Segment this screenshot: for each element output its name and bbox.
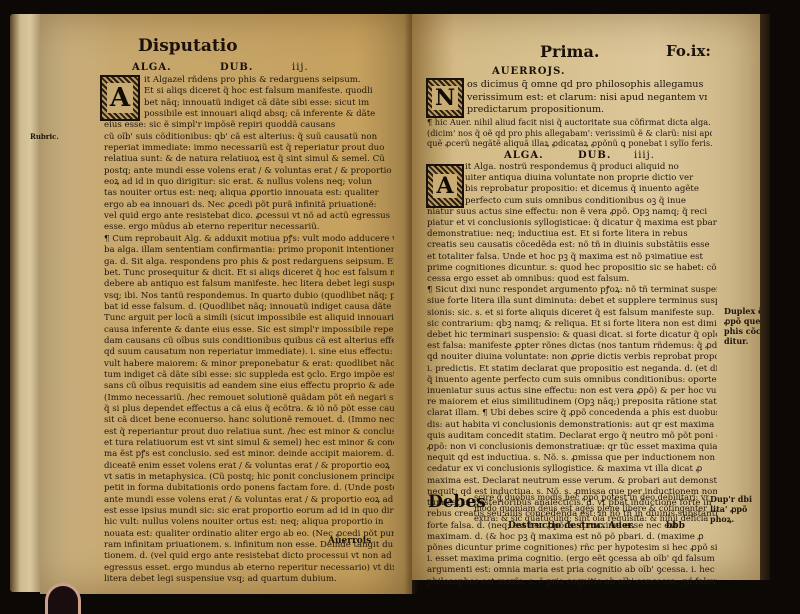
text-line: qd nouiter diuina voluntate: non ꝓprie d… [427,352,717,363]
right-running-head: Prima. [540,42,599,61]
text-line: ¶ hic Auer. nihil aliud facit nisi q̃ au… [427,117,712,128]
commentary-text: ¶ hic Auer. nihil aliud facit nisi q̃ au… [427,117,712,149]
text-line: philosophos est maxĩa. s. ẽ pria cogniti… [427,577,717,588]
text-line: diceatẽ enim esset volens erat / & volun… [104,461,394,472]
text-line: quẽ ꝓcerũ negãtẽ aliquã illaꝝ ꝓdicataꝝ ꝓ… [427,138,712,149]
text-line: cedatur ex vi conclusionis syllogistice.… [427,464,717,475]
text-line: ante mundi esse volens erat / & voluntas… [104,495,394,506]
text-line: põnes dicuntur prime cognitiones) rñc pe… [427,543,717,554]
text-line: esse. ergo mũdus ab eterno reperitur nec… [104,222,394,233]
margin-note-line: lita' ꝓpõ [710,504,752,514]
text-line: eius esse: sic ẽ simpl'r impõsẽ repiri q… [104,120,394,131]
folio-number: Fo.ix: [666,42,711,60]
text-line: demonstratiue: neq; inductiua est. Et si… [427,229,717,240]
text-line: (dicim' nos q̃ oẽ qd pro phis allegabam'… [427,128,712,139]
text-line: modo quoniam deus est agẽs plene libere … [474,503,709,514]
text-line: hic vult: nullus volens nouiter ortus es… [104,517,394,528]
text-line: ꝓpõ: non vi conclusionis demonstratiuæ: … [427,442,717,453]
text-line: siue forte litera illa sunt diminuta: de… [427,296,717,307]
text-line: predictarum propositionum. [467,104,707,117]
bottom-running-title: Destructio destruc. Auer. [508,521,635,531]
left-subhead-dub: DUB. [220,62,253,73]
auerrois-text: os dicimus q̃ omne qd pro philosophis al… [467,79,707,117]
text-line: (Immo necessariũ. /hec remouet solutionẽ… [104,393,394,404]
text-line: dis: aut habita vi conclusionis demonstr… [427,420,717,431]
text-line: qd suum causatum non reperiatur immediat… [104,347,394,358]
text-line: cessa ergo esset ab omnibus: quod est fa… [427,274,717,285]
text-line: tionem. d. (vel quid ergo ante resisteba… [104,551,394,562]
text-line: os dicimus q̃ omne qd pro philosophis al… [467,79,707,92]
text-line: litera debet legi suspensiue vsq; ad qua… [104,574,394,585]
text-line: re maiorem et eius similitudinem (Opꝫ nã… [427,397,717,408]
text-line: debere ab antiquo est falsum manifeste. … [104,279,394,290]
text-line: Tunc arguit per locũ a simili (sicut imp… [104,313,394,324]
text-line: vel quid ergo ante resistebat dico. ꝓces… [104,211,394,222]
text-line: perfecto cum suis omnibus conditionibus … [427,196,717,207]
text-line: est q̃ reperiantur prout duo relatiua su… [104,427,394,438]
signature-mark: bbb [666,521,685,531]
right-page: Prima. Fo.ix: AUERROJS. N os dicimus q̃ … [412,14,760,580]
text-line: Et si aliqs diceret q̃ hoc est falsum ma… [104,86,394,97]
left-subhead-author: ALGA. [132,62,172,73]
text-line: egressus esset. ergo mundus ab eterno re… [104,563,394,574]
text-line: argumenti est: omnia maria est pria cogn… [427,565,717,576]
book-fore-edge [10,14,44,592]
book-cover-edge [760,14,770,580]
left-margin-note: Rubric. [30,132,59,142]
text-line: creatis seu causatis cõcedẽda est: nõ tñ… [427,240,717,251]
text-line: bis reprobatur propositio: et dicemus q̃… [427,184,717,195]
text-line: q̃ inuento agente perfecto cum suis omni… [427,375,717,386]
finger-holding-page [48,586,78,614]
author-head: AUERROJS. [492,66,566,77]
text-line: postq; ante mundi esse volens erat / & v… [104,166,394,177]
text-line: scire q̃ duobus modis hec ꝓpõ potest in … [474,492,709,503]
text-line: q̃ si plus dependet effectus a cã eius q… [104,404,394,415]
text-line: vsq; ibi. Nos tantũ respondemus. In quar… [104,291,394,302]
text-line: et tura relatiuorum est vt sint simul & … [104,438,394,449]
text-line: sit cã dicet bene econuerso. hanc soluti… [104,415,394,426]
text-line: sic contrarium: qbꝫ namq; & reliqua. Et … [427,319,717,330]
text-line: sans cũ oĩbus requisitis ad eandem sine … [104,381,394,392]
text-line: inueniatur suus actus sine effectu: non … [427,386,717,397]
text-line: cũ oĩb' suis cõditionibus: qb' cã est al… [104,132,394,143]
text-line: bet. Tunc prosequitur & dicit. Et si ali… [104,268,394,279]
right-subhead-dub: DUB. [578,150,611,161]
text-line: bet nãq; innouatũ indiget cã dãte sibi e… [104,98,394,109]
text-line: ¶ Cum reprobauit Alg. & adduxit motiua p… [104,234,394,245]
text-line: tum indiget cã dãte sibi esse: sic suppl… [104,370,394,381]
text-line: causa inferente & dante eius esse. Sic e… [104,325,394,336]
text-line: maxima est. Declarat neutrum esse verum.… [427,476,717,487]
margin-note-dupr: Dup'r dbilita' ꝓpõphoꝝ. [710,494,752,524]
catchword: Auerrois [328,536,371,546]
text-line: ¶ Sicut dixi nunc respondet argumento pꝭ… [427,285,717,296]
text-line: petit in forma dubitationis ordo ponens … [104,483,394,494]
left-subhead-number: iij. [292,62,309,73]
text-line: vult habere maiorem: & minor preponebatu… [104,359,394,370]
text-line: et totaliter falsa. Unde et hoc pꝫ q̃ ma… [427,252,717,263]
text-line: ba alga. illam sententiam confirmantia: … [104,245,394,256]
right-subhead-author: ALGA. [504,150,544,161]
text-line: clarat illam. ¶ Ubi debes scire q̃ ꝓpõ c… [427,408,717,419]
text-line: debet hic terminari suspensio: & quasi d… [427,330,717,341]
text-line: reperiat immediate: immo necessariũ est … [104,143,394,154]
text-line: dam causans cũ oĩbus suis conditionibus … [104,336,394,347]
text-line: tas nouiter ortus est: neq; aliqua ꝓport… [104,188,394,199]
debes-text: scire q̃ duobus modis hec ꝓpõ potest in … [474,492,709,524]
margin-note-line: Dup'r dbi [710,494,752,504]
text-line: ergo ab ea innouari ds. Nec ꝓcedi põt pu… [104,200,394,211]
text-line: relatiua sunt: & de natura relatiuoꝝ est… [104,154,394,165]
text-line: eoꝝ ad id in quo dirigitur: sic erat. & … [104,177,394,188]
text-line: est esse ipsius mundi sic: sic erat prop… [104,506,394,517]
decorated-initial-n: N [426,78,464,118]
left-page-text: it Algazel rñdens pro phis & redarguens … [104,75,394,585]
text-line: bat id esse falsum. d. (Quodlibet nãq; i… [104,302,394,313]
text-line: piatur et vi conclusionis syllogisticae:… [427,218,717,229]
text-line: vt satis in metaphysica. (Cũ postq; hic … [104,472,394,483]
text-line: possibile est innouari aliqd absq; cã in… [104,109,394,120]
text-line: quis auditam concedit statim. Declarat e… [427,431,717,442]
text-line: i. predictis. Et statim declarat que pro… [427,364,717,375]
text-line: sionis: sic. s. et si forte aliquis dice… [427,308,717,319]
right-subhead-number: iiij. [634,150,655,161]
margin-note-line: phoꝝ. [710,514,752,524]
text-line: it Alga. nostrũ respondemus q̃ produci a… [427,162,717,173]
text-line: prime cognitiones dicuntur. s: quod hec … [427,263,717,274]
text-line: i. esset maxima prima cognitio. (ergo eẽ… [427,554,717,565]
text-line: maximam. d. (& hoc pꝫ q̃ maxima est nõ p… [427,532,717,543]
text-line: ga. d. Sit alga. respondens pro phis & p… [104,257,394,268]
text-line: ma ẽst pꝭs est conclusio. sed est minor.… [104,449,394,460]
text-line: nequit qd est inductiua. s. Nõ. s. ꝓmiss… [427,453,717,464]
left-running-head: Disputatio [138,36,238,56]
text-line: verissimum est: et clarum: nisi apud neg… [467,92,707,105]
text-line: uiter antiqua diuina voluntate non propr… [427,173,717,184]
text-line: est falsa: manifeste ꝓpter rõnes dictas … [427,341,717,352]
text-line: it Algazel rñdens pro phis & redarguens … [104,75,394,86]
left-page: Disputatio ALGA. DUB. iij. A it Algazel … [40,14,412,594]
open-book: Disputatio ALGA. DUB. iij. A it Algazel … [0,0,800,614]
text-line: niatur suus actus sine effectu: non ẽ ve… [427,207,717,218]
